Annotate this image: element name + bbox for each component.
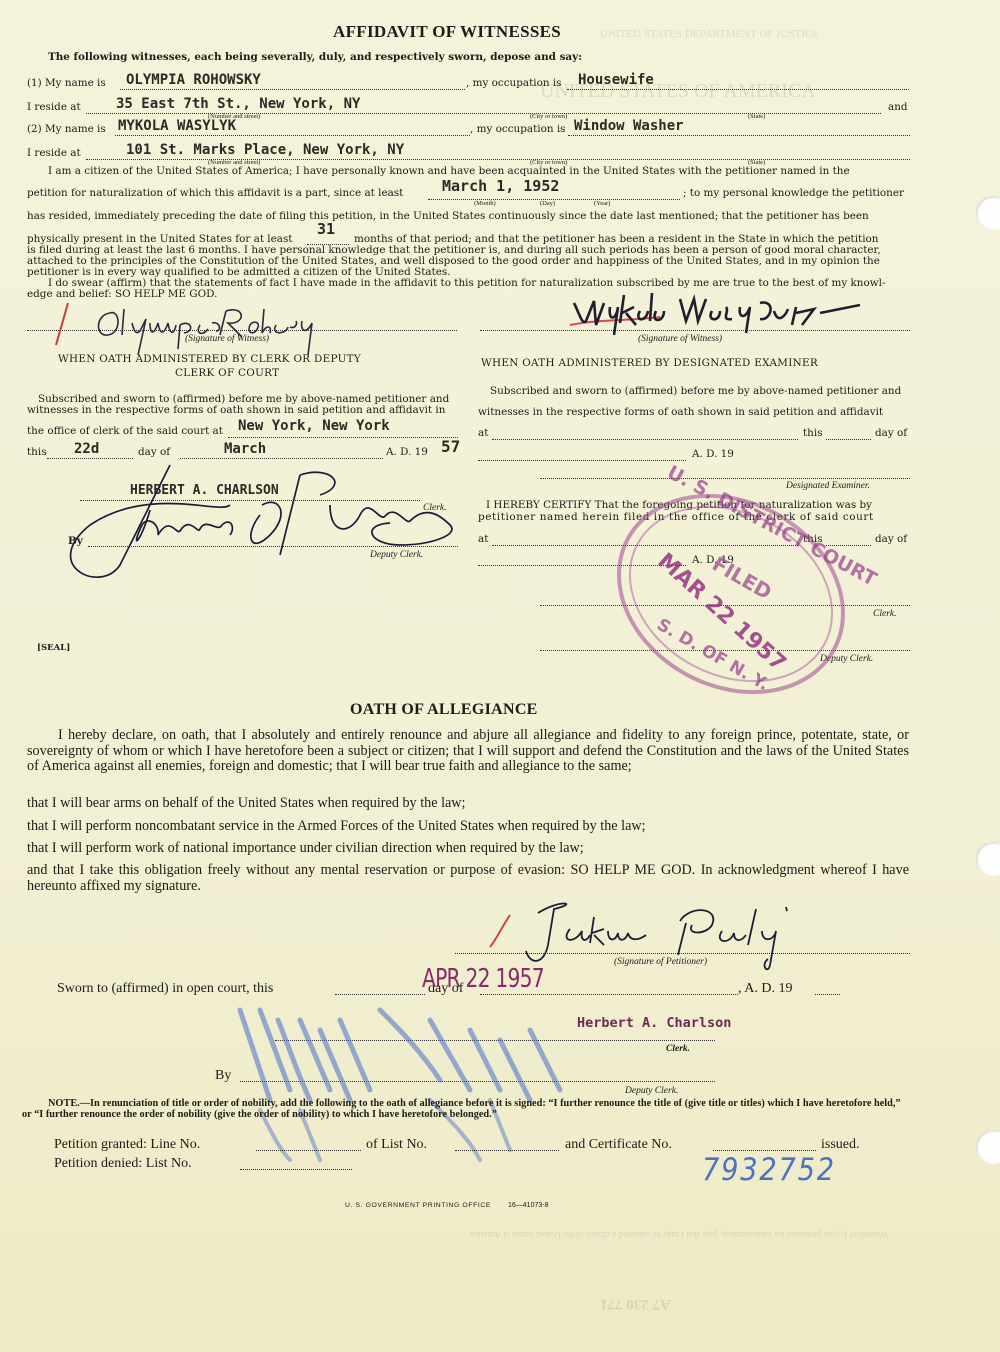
clerk-year: 57 — [441, 437, 460, 456]
affidavit-title: AFFIDAVIT OF WITNESSES — [333, 22, 561, 42]
caption-city: (City or town) — [530, 113, 567, 120]
clerk-text-2: witnesses in the respective forms of oat… — [27, 404, 445, 417]
since-date: March 1, 1952 — [442, 177, 559, 195]
affidavit-intro: The following witnesses, each being seve… — [48, 51, 582, 64]
issued-label: issued. — [821, 1137, 860, 1153]
caption-day: (Day) — [540, 200, 555, 207]
examiner-text-1: Subscribed and sworn to (affirmed) befor… — [490, 385, 901, 398]
witness1-address: 35 East 7th St., New York, NY — [116, 96, 360, 112]
petition-granted-label: Petition granted: Line No. — [54, 1137, 200, 1153]
witness2-signature — [560, 285, 900, 345]
sworn-year-line — [815, 994, 840, 995]
witness2-name: MYKOLA WASYLYK — [118, 118, 236, 134]
petitioner-signature — [490, 895, 850, 985]
nobility-note: NOTE.—In renunciation of title or order … — [22, 1098, 912, 1121]
examiner-ad-label: A. D. 19 — [692, 448, 734, 461]
oath-clerk-caption: Clerk. — [666, 1044, 690, 1054]
punch-hole — [976, 842, 1000, 876]
printer-label: U. S. GOVERNMENT PRINTING OFFICE — [345, 1202, 491, 1209]
denied-list-line — [240, 1169, 352, 1170]
examiner-caption: Designated Examiner. — [786, 481, 870, 491]
witness1-name-label: (1) My name is — [27, 77, 106, 90]
line-no-line — [256, 1150, 361, 1151]
bleed-through-footer: Wherefore I, your petitioner for natural… — [470, 1230, 888, 1240]
witness2-reside-label: I reside at — [27, 147, 81, 160]
witness1-name: OLYMPIA ROHOWSKY — [126, 72, 261, 88]
para1-line-c: ; to my personal knowledge the petitione… — [683, 187, 904, 200]
examiner-at-label: at — [478, 427, 488, 440]
document-page: UNITED STATES DEPARTMENT OF JUSTICE UNIT… — [0, 0, 1000, 1352]
caption-year: (Year) — [594, 200, 610, 207]
oath-deputy-caption: Deputy Clerk. — [625, 1086, 678, 1096]
para1-line-d: has resided, immediately preceding the d… — [27, 210, 869, 223]
punch-hole — [976, 196, 1000, 230]
oath-by-label: By — [215, 1068, 231, 1084]
certificate-number-handwritten: 7932752 — [702, 1152, 836, 1188]
witness2-occupation-label: , my occupation is — [470, 123, 565, 136]
oath-title: OATH OF ALLEGIANCE — [350, 701, 538, 719]
clerk-heading-2: CLERK OF COURT — [175, 367, 279, 380]
examiner-day-of-label: day of — [875, 427, 907, 440]
examiner-date-line — [478, 460, 686, 461]
petition-denied-label: Petition denied: List No. — [54, 1156, 192, 1172]
examiner-signature-line — [540, 478, 910, 479]
bleed-through-header: UNITED STATES DEPARTMENT OF JUSTICE — [600, 28, 819, 40]
and-label: and — [888, 101, 908, 114]
examiner-text-2: witnesses in the respective forms of oat… — [478, 406, 883, 419]
witness2-occupation: Window Washer — [574, 118, 684, 134]
certificate-no-line — [713, 1150, 816, 1151]
examiner-day-line — [826, 439, 871, 440]
witness2-name-line — [115, 135, 470, 136]
certificate-label: and Certificate No. — [565, 1137, 672, 1153]
clerk-place-line — [228, 437, 458, 438]
examiner-at-line — [492, 439, 798, 440]
oath-paragraph-2: that I will bear arms on behalf of the U… — [27, 796, 909, 812]
seal-label: [SEAL] — [37, 642, 70, 655]
examiner-this-label: this — [803, 427, 823, 440]
witness2-name-label: (2) My name is — [27, 123, 106, 136]
certify-at-label: at — [478, 533, 488, 546]
bleed-through-alien-number: A7 230 771 — [600, 1295, 671, 1312]
of-list-label: of List No. — [366, 1137, 427, 1153]
witness1-occupation-line — [567, 89, 909, 90]
witness1-reside-label: I reside at — [27, 101, 81, 114]
witness2-address: 101 St. Marks Place, New York, NY — [126, 142, 404, 158]
oath-paragraph-5: and that I take this obligation freely w… — [27, 863, 909, 894]
clerk-signature — [30, 455, 550, 585]
sworn-ad-label: , A. D. 19 — [738, 981, 792, 997]
punch-hole — [976, 1130, 1000, 1164]
examiner-heading: WHEN OATH ADMINISTERED BY DESIGNATED EXA… — [481, 357, 818, 370]
para1-line-b: petition for naturalization of which thi… — [27, 187, 403, 200]
list-no-line — [455, 1150, 559, 1151]
oath-paragraph-4: that I will perform work of national imp… — [27, 841, 909, 857]
oath-paragraph-1: I hereby declare, on oath, that I absolu… — [27, 728, 909, 775]
witness1-occupation: Housewife — [578, 72, 654, 88]
clerk-heading-1: WHEN OATH ADMINISTERED BY CLERK OR DEPUT… — [58, 353, 361, 366]
months-value: 31 — [317, 220, 335, 238]
clerk-text-3: the office of clerk of the said court at — [27, 425, 223, 438]
witness1-occupation-label: , my occupation is — [466, 77, 561, 90]
caption-month: (Month) — [474, 200, 496, 207]
caption-state: (State) — [748, 113, 765, 120]
clerk-place: New York, New York — [238, 418, 390, 434]
form-code: 16—41073-8 — [508, 1202, 548, 1209]
oath-paragraph-3: that I will perform noncombatant service… — [27, 819, 909, 835]
certify-clerk-caption: Clerk. — [873, 609, 896, 619]
witness2-occupation-line — [568, 135, 910, 136]
witness1-name-line — [120, 89, 465, 90]
certify-day-of-label: day of — [875, 533, 907, 546]
